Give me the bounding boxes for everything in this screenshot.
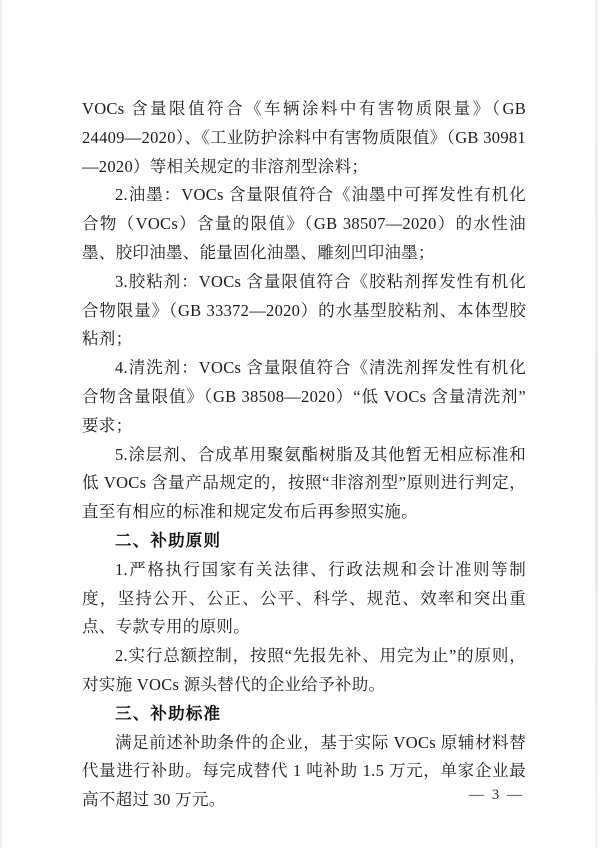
section-heading: 三、补助标准 (82, 700, 526, 729)
scan-edge-left (0, 0, 2, 848)
page-number: — 3 — (469, 787, 524, 804)
paragraph: 1.严格执行国家有关法律、行政法规和会计准则等制度，坚持公开、公正、公平、科学、… (82, 556, 526, 642)
document-body: VOCs 含量限值符合《车辆涂料中有害物质限量》（GB 24409—2020）、… (82, 95, 526, 815)
paragraph: VOCs 含量限值符合《车辆涂料中有害物质限量》（GB 24409—2020）、… (82, 95, 526, 181)
paragraph: 3.胶粘剂：VOCs 含量限值符合《胶粘剂挥发性有机化合物限量》（GB 3337… (82, 268, 526, 354)
section-heading: 二、补助原则 (82, 527, 526, 556)
paragraph: 5.涂层剂、合成革用聚氨酯树脂及其他暂无相应标准和低 VOCs 含量产品规定的，… (82, 441, 526, 527)
scan-edge-right (595, 0, 598, 848)
paragraph: 2.实行总额控制，按照“先报先补、用完为止”的原则，对实施 VOCs 源头替代的… (82, 642, 526, 700)
paragraph: 满足前述补助条件的企业，基于实际 VOCs 原辅材料替代量进行补助。每完成替代 … (82, 729, 526, 815)
document-page: VOCs 含量限值符合《车辆涂料中有害物质限量》（GB 24409—2020）、… (0, 0, 600, 848)
paragraph: 2.油墨：VOCs 含量限值符合《油墨中可挥发性有机化合物（VOCs）含量的限值… (82, 181, 526, 267)
paragraph: 4.清洗剂：VOCs 含量限值符合《清洗剂挥发性有机化合物含量限值》（GB 38… (82, 354, 526, 440)
